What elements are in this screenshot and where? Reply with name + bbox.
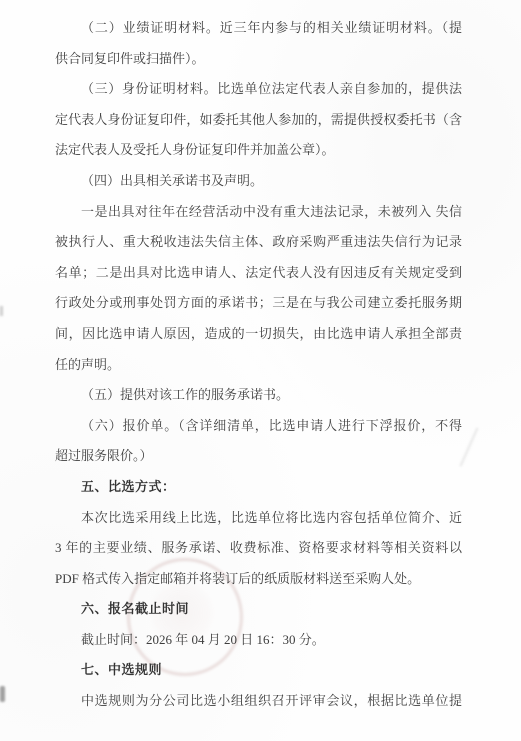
document-line: 被执行人、重大税收违法失信主体、政府采购严重违法失信行为记录 — [55, 227, 462, 258]
document-line: PDF 格式传入指定邮箱并将装订后的纸质版材料送至采购人处。 — [55, 564, 462, 595]
section-heading: 六、报名截止时间 — [55, 594, 462, 625]
document-line: 供合同复印件或扫描件）。 — [55, 44, 462, 75]
section-heading: 七、中选规则 — [55, 655, 462, 686]
document-line: 间，因比选申请人原因，造成的一切损失，由比选申请人承担全部责 — [55, 319, 462, 350]
scan-edge-smudge — [0, 686, 5, 702]
document-line: 法定代表人及受托人身份证复印件并加盖公章）。 — [55, 135, 462, 166]
document-line: 截止时间：2026 年 04 月 20 日 16：30 分。 — [55, 625, 462, 656]
document-line: 行政处分或刑事处罚方面的承诺书；三是在与我公司建立委托服务期 — [55, 288, 462, 319]
document-text-block: （二）业绩证明材料。近三年内参与的相关业绩证明材料。（提供合同复印件或扫描件）。… — [55, 13, 462, 717]
document-line: 超过服务限价。） — [55, 441, 462, 472]
document-page: （二）业绩证明材料。近三年内参与的相关业绩证明材料。（提供合同复印件或扫描件）。… — [0, 0, 521, 741]
document-line: （四）出具相关承诺书及声明。 — [55, 166, 462, 197]
scan-edge-smudge-small — [0, 306, 3, 316]
document-line: 中选规则为分公司比选小组组织召开评审会议，根据比选单位提 — [55, 686, 462, 717]
document-line: （五）提供对该工作的服务承诺书。 — [55, 380, 462, 411]
scan-crease-mark — [460, 427, 479, 466]
document-line: （二）业绩证明材料。近三年内参与的相关业绩证明材料。（提 — [55, 13, 462, 44]
section-heading: 五、比选方式： — [55, 472, 462, 503]
document-line: 本次比选采用线上比选，比选单位将比选内容包括单位简介、近 — [55, 503, 462, 534]
document-line: 一是出具对往年在经营活动中没有重大违法记录，未被列入 失信 — [55, 197, 462, 228]
document-line: 定代表人身份证复印件，如委托其他人参加的，需提供授权委托书（含 — [55, 105, 462, 136]
document-line: （六）报价单。（含详细清单，比选申请人进行下浮报价，不得 — [55, 411, 462, 442]
document-line: （三）身份证明材料。比选单位法定代表人亲自参加的，提供法 — [55, 74, 462, 105]
document-line: 名单；二是出具对比选申请人、法定代表人没有因违反有关规定受到 — [55, 258, 462, 289]
document-line: 任的声明。 — [55, 350, 462, 381]
document-line: 3 年的主要业绩、服务承诺、收费标准、资格要求材料等相关资料以 — [55, 533, 462, 564]
